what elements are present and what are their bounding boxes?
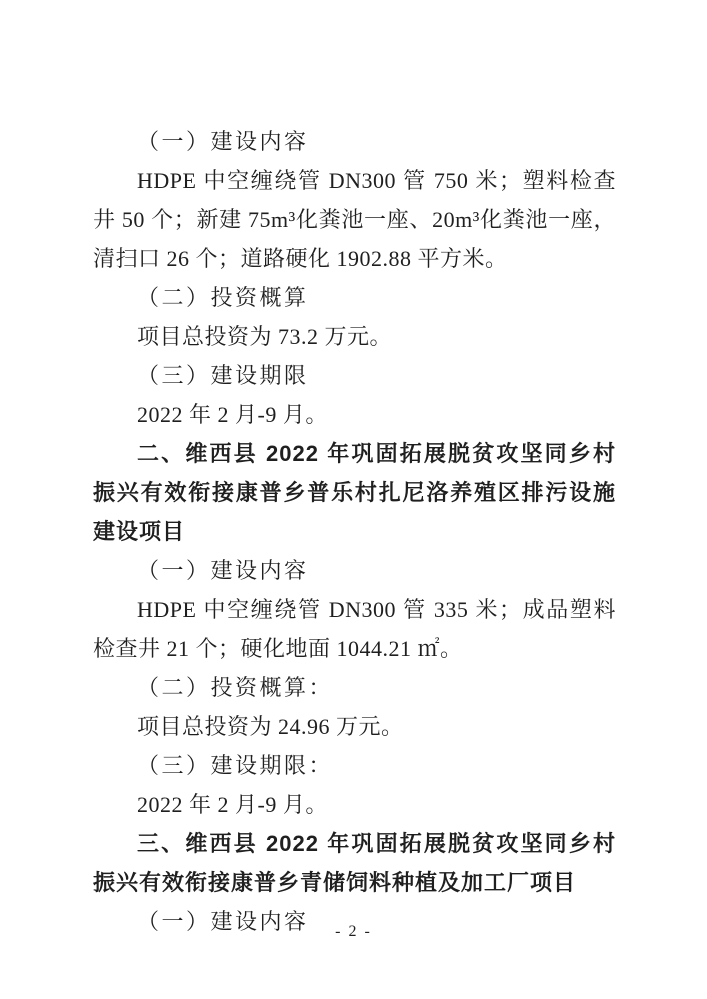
sub-heading: （二）投资概算： (93, 668, 616, 707)
section-heading: 二、维西县 2022 年巩固拓展脱贫攻坚同乡村振兴有效衔接康普乡普乐村扎尼洛养殖… (93, 434, 616, 551)
body-paragraph: 项目总投资为 24.96 万元。 (93, 707, 616, 746)
body-paragraph: 2022 年 2 月-9 月。 (93, 785, 616, 824)
body-paragraph: HDPE 中空缠绕管 DN300 管 335 米；成品塑料检查井 21 个；硬化… (93, 590, 616, 668)
body-paragraph: HDPE 中空缠绕管 DN300 管 750 米；塑料检查井 50 个；新建 7… (93, 161, 616, 278)
document-content: （一）建设内容 HDPE 中空缠绕管 DN300 管 750 米；塑料检查井 5… (93, 122, 616, 941)
body-paragraph: 项目总投资为 73.2 万元。 (93, 317, 616, 356)
body-paragraph: 2022 年 2 月-9 月。 (93, 395, 616, 434)
sub-heading: （三）建设期限 (93, 356, 616, 395)
page-footer: - 2 - (0, 923, 707, 941)
sub-heading: （三）建设期限： (93, 746, 616, 785)
section-heading: 三、维西县 2022 年巩固拓展脱贫攻坚同乡村振兴有效衔接康普乡青储饲料种植及加… (93, 824, 616, 902)
sub-heading: （二）投资概算 (93, 278, 616, 317)
sub-heading: （一）建设内容 (93, 551, 616, 590)
page-number: - 2 - (335, 923, 372, 940)
sub-heading: （一）建设内容 (93, 122, 616, 161)
document-page: （一）建设内容 HDPE 中空缠绕管 DN300 管 750 米；塑料检查井 5… (0, 0, 707, 999)
